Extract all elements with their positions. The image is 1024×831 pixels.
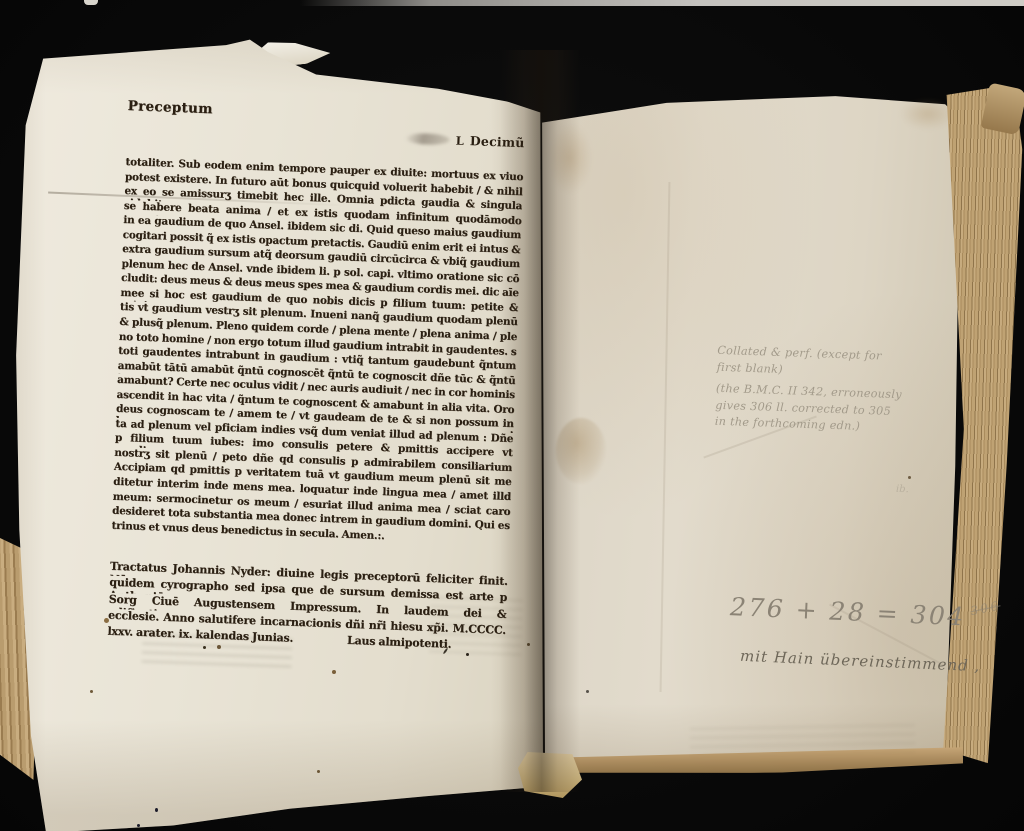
body-text: totaliter. Sub eodem enim tempore pauper…	[111, 156, 523, 549]
paper-speck-top	[84, 0, 98, 5]
ink-speck	[155, 808, 158, 812]
ink-speck	[137, 824, 140, 827]
colophon-tail: Laus almipotenti.	[347, 634, 452, 651]
foxing-speck	[90, 690, 93, 693]
offset-ghost-text-right	[690, 724, 915, 756]
foxing-speck	[908, 476, 911, 479]
faint-pencil-mark: ib.	[896, 484, 909, 495]
foxing-speck	[317, 770, 320, 773]
ink-speck	[203, 646, 206, 649]
ink-smudge	[406, 133, 450, 146]
open-book-photo: Preceptum L Decimũ totaliter. Sub eodem …	[0, 0, 1024, 831]
ink-speck	[586, 690, 589, 693]
foxing-speck	[217, 645, 221, 649]
running-title: L Decimũ	[406, 131, 525, 151]
calculation-correction: 306	[969, 598, 1002, 618]
top-right-stain	[900, 98, 956, 130]
table-edge-highlight	[300, 0, 1024, 6]
pencil-collation-note: Collated & perf. (except for first blank…	[715, 343, 904, 437]
left-page-text-block: Preceptum L Decimũ totaliter. Sub eodem …	[107, 98, 526, 656]
foxing-speck	[332, 670, 336, 674]
running-title-word: Decimũ	[470, 133, 525, 150]
colophon: Tractatus Johannis Nyder: diuine legis p…	[107, 560, 508, 656]
running-title-mark: L	[456, 133, 465, 147]
